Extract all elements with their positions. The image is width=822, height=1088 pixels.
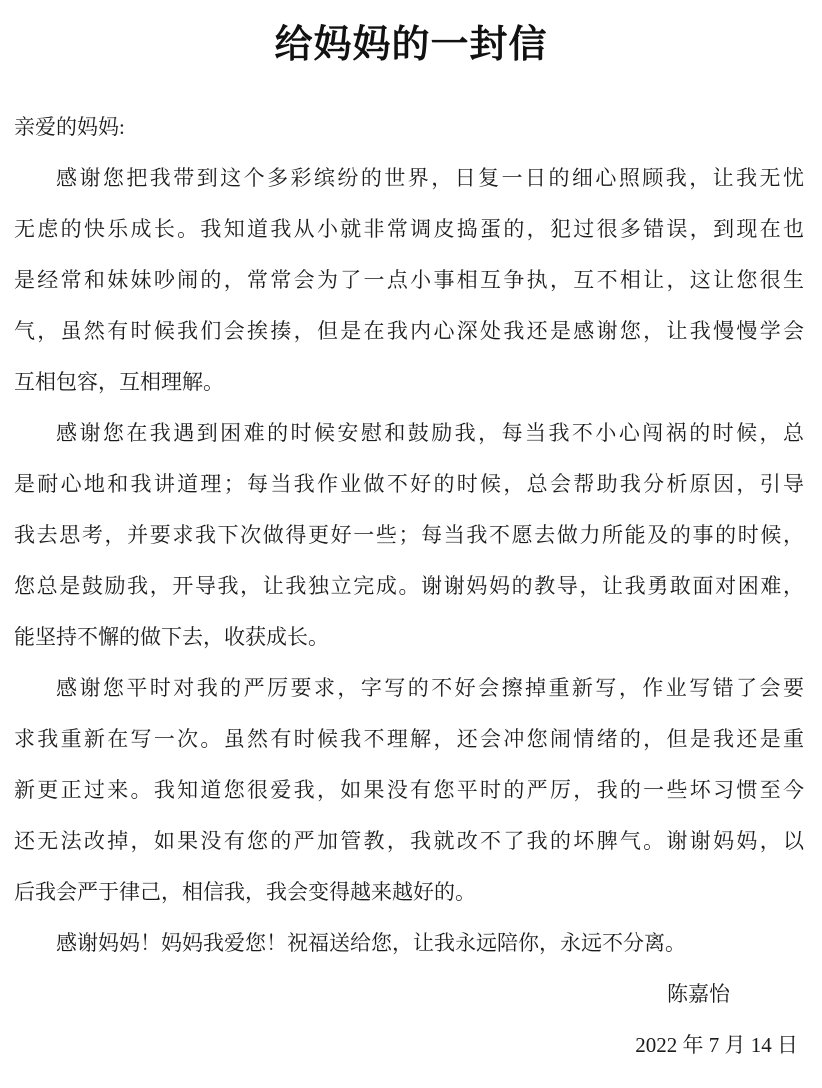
letter-line: 求我重新在写一次。虽然有时候我不理解，还会冲您闹情绪的，但是我还是重 xyxy=(14,714,804,765)
letter-line: 感谢您把我带到这个多彩缤纷的世界，日复一日的细心照顾我，让我无忧 xyxy=(14,153,804,204)
letter-page: 给妈妈的一封信 亲爱的妈妈: 感谢您把我带到这个多彩缤纷的世界，日复一日的细心照… xyxy=(0,0,822,1088)
letter-line: 感谢妈妈！妈妈我爱您！祝福送给您，让我永远陪你，永远不分离。 xyxy=(14,918,804,969)
letter-paragraph-2: 感谢您在我遇到困难的时候安慰和鼓励我，每当我不小心闯祸的时候，总 是耐心地和我讲… xyxy=(14,408,804,663)
letter-line: 感谢您在我遇到困难的时候安慰和鼓励我，每当我不小心闯祸的时候，总 xyxy=(14,408,804,459)
letter-line: 还无法改掉，如果没有您的严加管教，我就改不了我的坏脾气。谢谢妈妈，以 xyxy=(14,816,804,867)
letter-line: 气，虽然有时候我们会挨揍，但是在我内心深处我还是感谢您，让我慢慢学会 xyxy=(14,306,804,357)
letter-line: 无虑的快乐成长。我知道我从小就非常调皮捣蛋的，犯过很多错误，到现在也 xyxy=(14,204,804,255)
letter-paragraph-3: 感谢您平时对我的严厉要求，字写的不好会擦掉重新写，作业写错了会要 求我重新在写一… xyxy=(14,663,804,918)
letter-line: 是耐心地和我讲道理；每当我作业做不好的时候，总会帮助我分析原因，引导 xyxy=(14,459,804,510)
letter-line: 是经常和妹妹吵闹的，常常会为了一点小事相互争执，互不相让，这让您很生 xyxy=(14,255,804,306)
letter-line: 您总是鼓励我，开导我，让我独立完成。谢谢妈妈的教导，让我勇敢面对困难， xyxy=(14,561,804,612)
letter-line: 能坚持不懈的做下去，收获成长。 xyxy=(14,612,804,663)
salutation: 亲爱的妈妈: xyxy=(14,102,804,153)
letter-line: 新更正过来。我知道您很爱我，如果没有您平时的严厉，我的一些坏习惯至今 xyxy=(14,765,804,816)
letter-line: 感谢您平时对我的严厉要求，字写的不好会擦掉重新写，作业写错了会要 xyxy=(14,663,804,714)
signature: 陈嘉怡 xyxy=(14,969,804,1020)
letter-paragraph-1: 感谢您把我带到这个多彩缤纷的世界，日复一日的细心照顾我，让我无忧 无虑的快乐成长… xyxy=(14,153,804,408)
letter-title: 给妈妈的一封信 xyxy=(0,16,822,74)
letter-line: 互相包容，互相理解。 xyxy=(14,357,804,408)
letter-body: 亲爱的妈妈: 感谢您把我带到这个多彩缤纷的世界，日复一日的细心照顾我，让我无忧 … xyxy=(14,102,804,1071)
date-line: 2022 年 7 月 14 日 xyxy=(14,1020,804,1071)
letter-paragraph-4: 感谢妈妈！妈妈我爱您！祝福送给您，让我永远陪你，永远不分离。 xyxy=(14,918,804,969)
letter-line: 后我会严于律己，相信我，我会变得越来越好的。 xyxy=(14,867,804,918)
letter-line: 我去思考，并要求我下次做得更好一些；每当我不愿去做力所能及的事的时候， xyxy=(14,510,804,561)
